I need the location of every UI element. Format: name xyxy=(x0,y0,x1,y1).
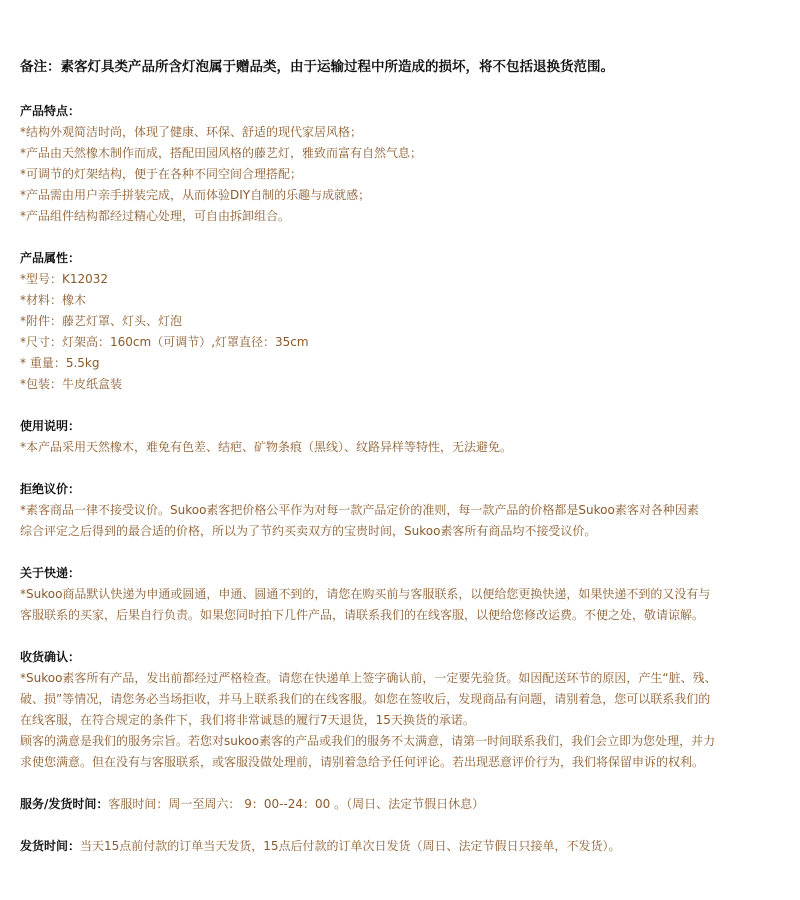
usage-item: *本产品采用天然橡木，难免有色差、结疤、矿物条痕（黑线）、纹路异样等特性，无法避… xyxy=(20,437,512,458)
no-bargain-text: 综合评定之后得到的最合适的价格，所以为了节约买卖双方的宝贵时间，Sukoo素客所… xyxy=(20,521,596,542)
ship-time-value: 当天15点前付款的订单当天发货，15点后付款的订单次日发货（周日、法定节假日只接… xyxy=(80,839,621,853)
receipt-heading: 收货确认： xyxy=(20,647,80,668)
ship-time-row: 发货时间：当天15点前付款的订单当天发货，15点后付款的订单次日发货（周日、法定… xyxy=(20,836,621,857)
receipt-text: 破、损”等情况，请您务必当场拒收，并马上联系我们的在线客服。如您在签收后，发现商… xyxy=(20,689,710,710)
receipt-text: 在线客服，在符合规定的条件下，我们将非常诚恳的履行7天退货，15天换货的承诺。 xyxy=(20,710,475,731)
shipping-heading: 关于快递： xyxy=(20,563,80,584)
attribute-packaging: *包装：牛皮纸盒装 xyxy=(20,374,122,395)
feature-item: *结构外观简洁时尚，体现了健康、环保、舒适的现代家居风格； xyxy=(20,122,362,143)
service-hours-value: 客服时间：周一至周六： 9：00--24：00 。（周日、法定节假日休息） xyxy=(108,797,484,811)
receipt-text: 顾客的满意是我们的服务宗旨。若您对sukoo素客的产品或我们的服务不太满意，请第… xyxy=(20,731,715,752)
feature-item: *可调节的灯架结构，便于在各种不同空间合理搭配； xyxy=(20,164,302,185)
attribute-weight: * 重量：5.5kg xyxy=(20,353,99,374)
ship-time-label: 发货时间： xyxy=(20,839,80,853)
shipping-text: *Sukoo商品默认快递为申通或圆通，申通、圆通不到的，请您在购买前与客服联系，… xyxy=(20,584,710,605)
usage-heading: 使用说明： xyxy=(20,416,80,437)
disclaimer-note: 备注：素客灯具类产品所含灯泡属于赠品类，由于运输过程中所造成的损坏，将不包括退换… xyxy=(20,57,614,78)
attributes-heading: 产品属性： xyxy=(20,248,80,269)
attribute-model: *型号：K12032 xyxy=(20,269,108,290)
features-heading: 产品特点： xyxy=(20,101,80,122)
receipt-text: *Sukoo素客所有产品，发出前都经过严格检查。请您在快递单上签字确认前，一定要… xyxy=(20,668,717,689)
feature-item: *产品组件结构都经过精心处理，可自由拆卸组合。 xyxy=(20,206,290,227)
receipt-text: 求使您满意。但在没有与客服联系，或客服没做处理前，请别着急给予任何评论。若出现恶… xyxy=(20,752,704,773)
no-bargain-heading: 拒绝议价： xyxy=(20,479,80,500)
service-hours-row: 服务/发货时间：客服时间：周一至周六： 9：00--24：00 。（周日、法定节… xyxy=(20,794,484,815)
service-hours-label: 服务/发货时间： xyxy=(20,797,108,811)
attribute-accessories: *附件：藤艺灯罩、灯头、灯泡 xyxy=(20,311,182,332)
attribute-size: *尺寸：灯架高：160cm（可调节）,灯罩直径：35cm xyxy=(20,332,309,353)
shipping-text: 客服联系的买家，后果自行负责。如果您同时拍下几件产品，请联系我们的在线客服，以便… xyxy=(20,605,704,626)
attribute-material: *材料：橡木 xyxy=(20,290,86,311)
no-bargain-text: *素客商品一律不接受议价。Sukoo素客把价格公平作为对每一款产品定价的准则，每… xyxy=(20,500,699,521)
feature-item: *产品需由用户亲手拼装完成，从而体验DIY自制的乐趣与成就感； xyxy=(20,185,370,206)
feature-item: *产品由天然橡木制作而成，搭配田园风格的藤艺灯，雅致而富有自然气息； xyxy=(20,143,422,164)
